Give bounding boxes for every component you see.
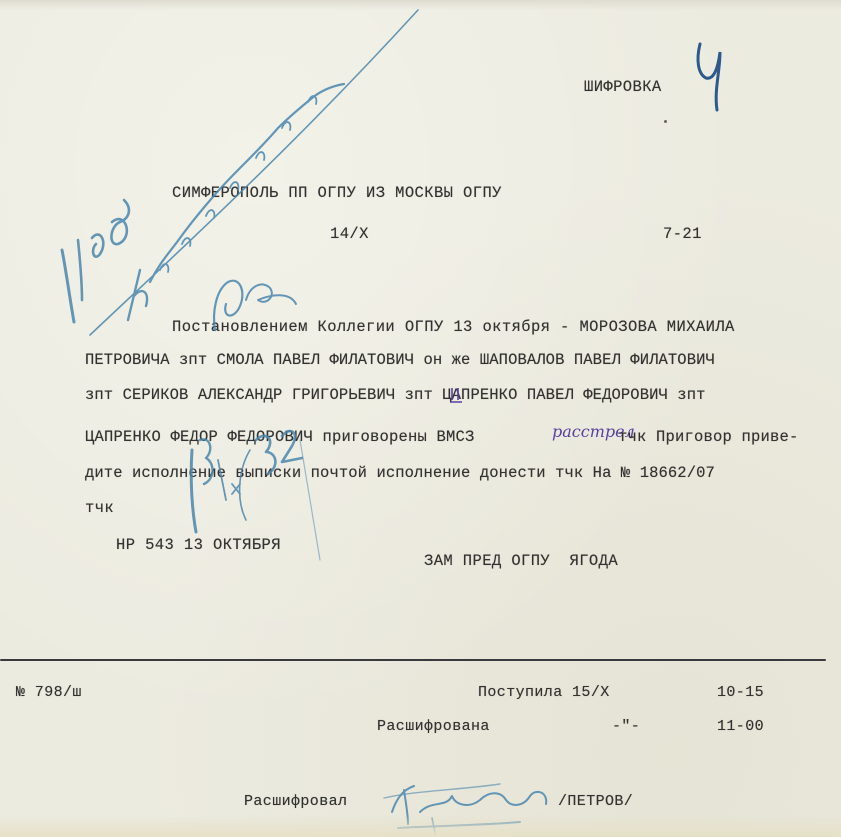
- handwritten-number-4: [690, 38, 730, 118]
- routing-line: СИМФЕРОПОЛЬ ПП ОГПУ ИЗ МОСКВЫ ОГПУ: [172, 184, 502, 202]
- telegram-sheet: ШИФРОВКА СИМФЕРОПОЛЬ ПП ОГПУ ИЗ МОСКВЫ О…: [0, 0, 841, 837]
- body-line-5: дите исполнение выписки почтой исполнени…: [85, 464, 715, 482]
- routing-code: 7-21: [663, 225, 702, 243]
- body-line-4b: тчк Приговор приве-: [618, 428, 799, 446]
- footer-document-number: № 798/ш: [16, 684, 82, 701]
- footer-decrypted-by-name: /ПЕТРОВ/: [558, 793, 633, 810]
- document-type-label: ШИФРОВКА: [584, 78, 662, 96]
- body-line-1: Постановлением Коллегии ОГПУ 13 октября …: [172, 318, 735, 336]
- footer-decrypted-ditto: -"-: [612, 718, 640, 735]
- body-line-4a: ЦАПРЕНКО ФЕДОР ФЕДОРОВИЧ приговорены ВМС…: [85, 428, 475, 446]
- footer-decrypted-by-label: Расшифровал: [244, 793, 347, 810]
- body-line-2: ПЕТРОВИЧА зпт СМОЛА ПАВЕЛ ФИЛАТОВИЧ он ж…: [85, 351, 715, 369]
- footer-received-time: 10-15: [717, 684, 764, 701]
- divider-rule: [0, 659, 826, 661]
- footer-decrypted-time: 11-00: [717, 718, 764, 735]
- footer-received-label: Поступила 15/Х: [478, 684, 610, 701]
- signature-line: ЗАМ ПРЕД ОГПУ ЯГОДА: [424, 552, 618, 570]
- body-line-3: зпт СЕРИКОВ АЛЕКСАНДР ГРИГОРЬЕВИЧ зпт ЦА…: [85, 386, 706, 404]
- paper-speck: [664, 120, 667, 123]
- diagonal-pencil-stroke: [0, 0, 841, 837]
- body-line-6: тчк: [85, 499, 114, 517]
- reference-number: НР 543 13 ОКТЯБРЯ: [116, 536, 281, 554]
- footer-decrypted-label: Расшифрована: [377, 718, 490, 735]
- routing-date: 14/Х: [330, 225, 369, 243]
